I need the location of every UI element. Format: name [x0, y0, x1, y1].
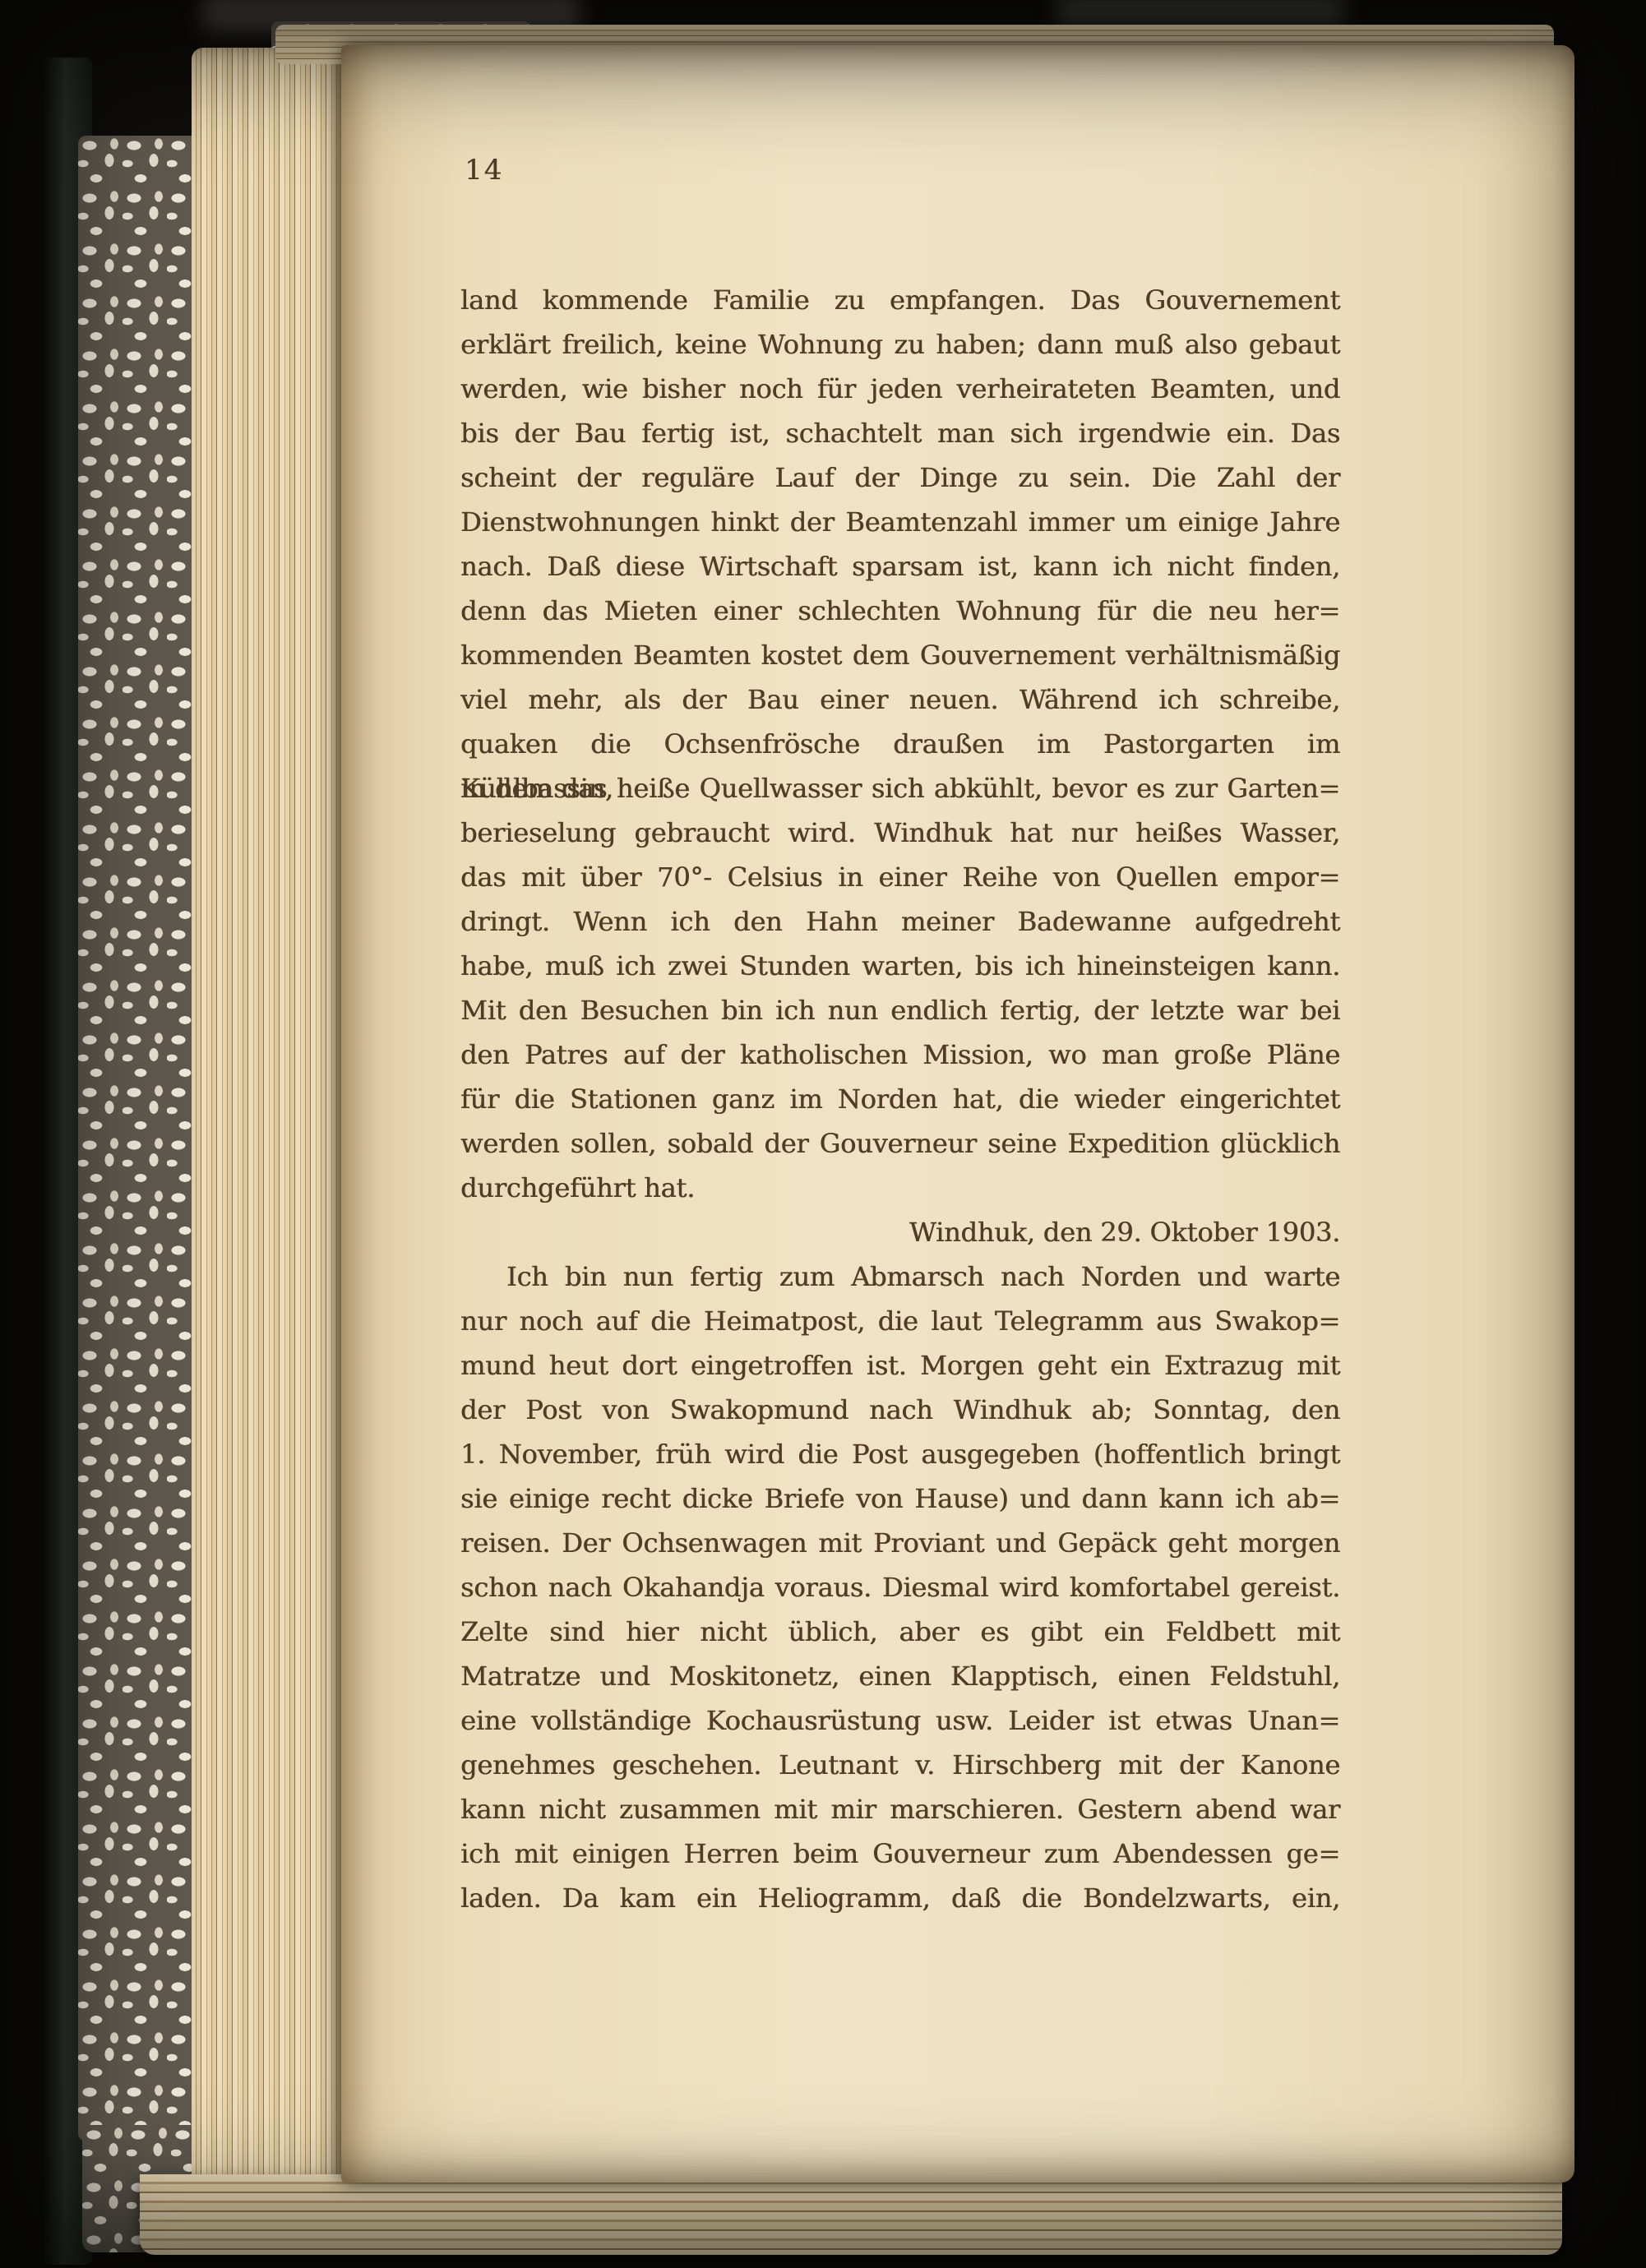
text-line: durchgeführt hat.	[460, 1166, 1340, 1210]
text-line: kommenden Beamten kostet dem Gouvernemen…	[460, 633, 1340, 677]
text-line: eine vollständige Kochausrüstung usw. Le…	[460, 1698, 1340, 1743]
text-line: scheint der reguläre Lauf der Dinge zu s…	[460, 455, 1340, 500]
text-line: 1. November, früh wird die Post ausgegeb…	[460, 1432, 1340, 1476]
text-line: der Post von Swakopmund nach Windhuk ab;…	[460, 1388, 1340, 1432]
text-line: für die Stationen ganz im Norden hat, di…	[460, 1077, 1340, 1121]
book-page: 14 land kommende Familie zu empfangen. D…	[341, 45, 1574, 2183]
text-line: den Patres auf der katholischen Mission,…	[460, 1032, 1340, 1077]
text-line: in dem das heiße Quellwasser sich abkühl…	[460, 766, 1340, 811]
text-line: sie einige recht dicke Briefe von Hause)…	[460, 1476, 1340, 1521]
text-line: habe, muß ich zwei Stunden warten, bis i…	[460, 944, 1340, 988]
page-text-block: land kommende Familie zu empfangen. Das …	[460, 278, 1340, 1920]
text-line: genehmes geschehen. Leutnant v. Hirschbe…	[460, 1743, 1340, 1787]
text-line: Matratze und Moskitonetz, einen Klapptis…	[460, 1654, 1340, 1698]
paragraph-new-entry: Ich bin nun fertig zum Abmarsch nach Nor…	[460, 1254, 1340, 1920]
text-line: laden. Da kam ein Heliogramm, daß die Bo…	[460, 1876, 1340, 1920]
text-line: Zelte sind hier nicht üblich, aber es gi…	[460, 1610, 1340, 1654]
book-photo-scene: 14 land kommende Familie zu empfangen. D…	[0, 0, 1646, 2268]
page-number: 14	[465, 154, 503, 187]
text-line: dringt. Wenn ich den Hahn meiner Badewan…	[460, 899, 1340, 944]
text-line: mund heut dort eingetroffen ist. Morgen …	[460, 1343, 1340, 1388]
text-line: berieselung gebraucht wird. Windhuk hat …	[460, 811, 1340, 855]
text-line: werden sollen, sobald der Gouverneur sei…	[460, 1121, 1340, 1166]
text-line: reisen. Der Ochsenwagen mit Proviant und…	[460, 1521, 1340, 1565]
text-line: kann nicht zusammen mit mir marschieren.…	[460, 1787, 1340, 1831]
text-line: Dienstwohnungen hinkt der Beamtenzahl im…	[460, 500, 1340, 544]
text-line: denn das Mieten einer schlechten Wohnung…	[460, 589, 1340, 633]
background-shape	[1056, 0, 1344, 25]
text-line: werden, wie bisher noch für jeden verhei…	[460, 367, 1340, 411]
text-line: nur noch auf die Heimatpost, die laut Te…	[460, 1299, 1340, 1343]
text-line: quaken die Ochsenfrösche draußen im Past…	[460, 722, 1340, 766]
text-line: bis der Bau fertig ist, schachtelt man s…	[460, 411, 1340, 455]
text-line: land kommende Familie zu empfangen. Das …	[460, 278, 1340, 322]
marbled-endpaper	[78, 136, 200, 2141]
text-line: nach. Daß diese Wirtschaft sparsam ist, …	[460, 544, 1340, 589]
paragraph-continuation: land kommende Familie zu empfangen. Das …	[460, 278, 1340, 1210]
text-line: viel mehr, als der Bau einer neuen. Währ…	[460, 677, 1340, 722]
page-stack-left-edge	[192, 48, 346, 2222]
text-line: Mit den Besuchen bin ich nun endlich fer…	[460, 988, 1340, 1032]
text-line: ich mit einigen Herren beim Gouverneur z…	[460, 1831, 1340, 1876]
text-line: das mit über 70°- Celsius in einer Reihe…	[460, 855, 1340, 899]
letter-dateline: Windhuk, den 29. Oktober 1903.	[460, 1210, 1340, 1254]
text-line: Ich bin nun fertig zum Abmarsch nach Nor…	[460, 1254, 1340, 1299]
text-line: erklärt freilich, keine Wohnung zu haben…	[460, 322, 1340, 367]
text-line: schon nach Okahandja voraus. Diesmal wir…	[460, 1565, 1340, 1610]
page-stack-bottom-edge	[140, 2174, 1562, 2255]
